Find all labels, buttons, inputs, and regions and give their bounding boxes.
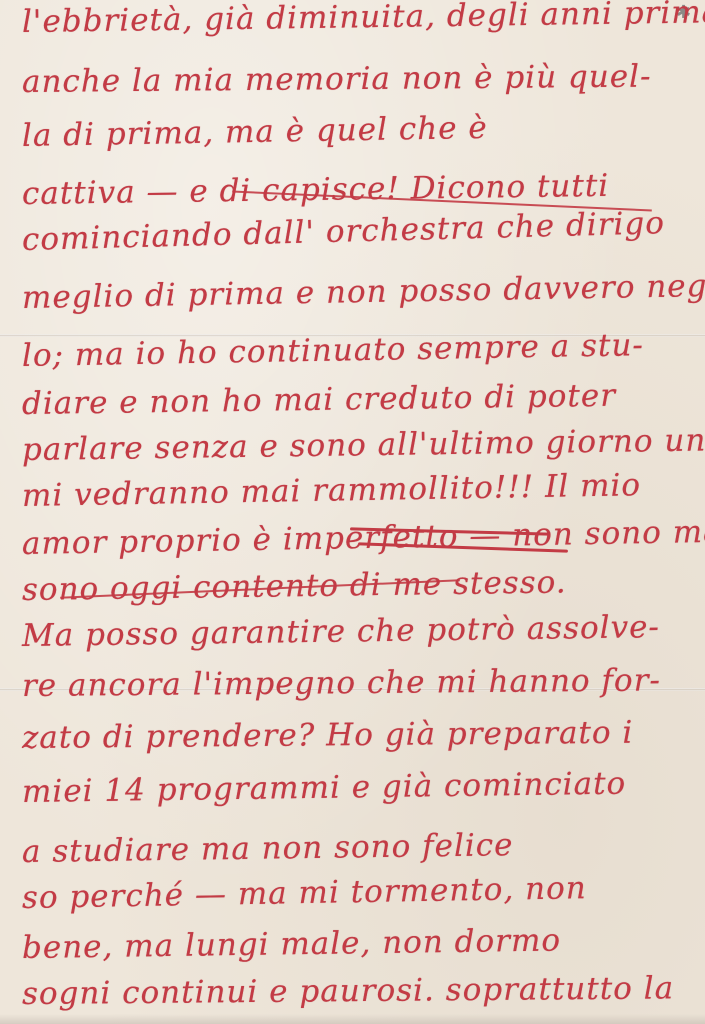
handwritten-line: meglio di prima e non posso davvero nega…	[22, 267, 705, 316]
handwritten-line: zato di prendere? Ho già preparato i	[22, 715, 634, 756]
handwritten-line: so perché — ma mi tormento, non	[22, 870, 587, 916]
letter-page: ✱ l'ebbrietà, già diminuita, degli anni …	[0, 0, 705, 1024]
handwritten-line: diare e non ho mai creduto di poter	[22, 378, 617, 422]
handwritten-line: a studiare ma non sono felice	[22, 827, 514, 870]
handwritten-line: cominciando dall' orchestra che dirigo	[22, 205, 666, 258]
handwritten-line: Ma posso garantire che potrò assolve-	[22, 609, 660, 654]
handwritten-line: anche la mia memoria non è più quel-	[22, 59, 652, 100]
handwritten-line: mi vedranno mai rammollito!!! Il mio	[22, 467, 642, 514]
handwritten-line: la di prima, ma è quel che è	[22, 110, 488, 154]
handwritten-line: miei 14 programmi e già cominciato	[22, 766, 627, 810]
handwritten-line: amor proprio è imperfetto — non sono mai	[22, 514, 705, 562]
handwritten-line: re ancora l'impegno che mi hanno for-	[22, 662, 661, 704]
paper-edge	[0, 1014, 705, 1024]
handwritten-line: sogni continui e paurosi. soprattutto la	[22, 970, 674, 1012]
handwritten-line: parlare senza e sono all'ultimo giorno u…	[22, 422, 705, 468]
handwritten-line: bene, ma lungi male, non dormo	[22, 922, 562, 966]
handwritten-line: l'ebbrietà, già diminuita, degli anni pr…	[22, 0, 705, 40]
